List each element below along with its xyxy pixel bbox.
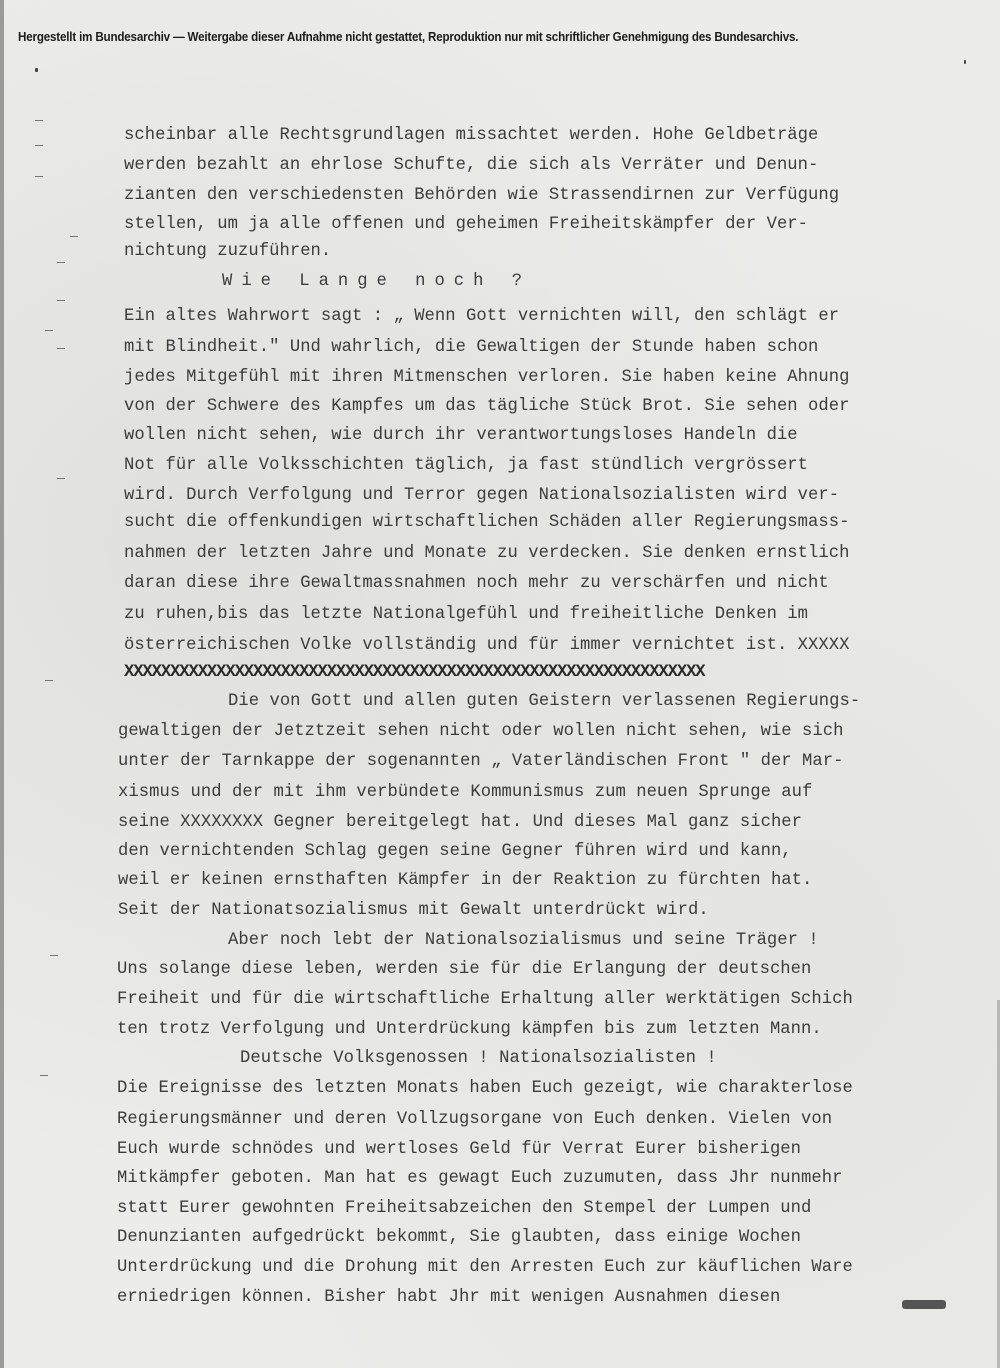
document-page: Hergestellt im Bundesarchiv — Weitergabe… — [0, 0, 1000, 1368]
margin-mark — [45, 330, 53, 331]
margin-mark — [57, 478, 65, 479]
margin-mark — [35, 176, 43, 177]
body-line: zianten den verschiedensten Behörden wie… — [124, 186, 839, 205]
margin-mark — [40, 1075, 48, 1076]
body-line: sucht die offenkundigen wirtschaftlichen… — [124, 513, 850, 532]
body-line: Die Ereignisse des letzten Monats haben … — [117, 1079, 853, 1098]
margin-mark — [57, 300, 65, 301]
body-line: Uns solange diese leben, werden sie für … — [117, 960, 811, 979]
body-line: daran diese ihre Gewaltmassnahmen noch m… — [124, 574, 829, 593]
margin-mark — [57, 262, 65, 263]
body-line: werden bezahlt an ehrlose Schufte, die s… — [124, 156, 818, 175]
body-line: Unterdrückung und die Drohung mit den Ar… — [117, 1258, 853, 1277]
body-line: ten trotz Verfolgung und Unterdrückung k… — [117, 1020, 822, 1039]
body-line: Regierungsmänner und deren Vollzugsorgan… — [117, 1110, 832, 1129]
body-line: seine XXXXXXXX Gegner bereitgelegt hat. … — [118, 813, 802, 832]
archive-notice: Hergestellt im Bundesarchiv — Weitergabe… — [18, 30, 798, 44]
body-line: erniedrigen können. Bisher habt Jhr mit … — [117, 1288, 780, 1307]
ink-speck — [35, 68, 38, 72]
body-line: scheinbar alle Rechtsgrundlagen missacht… — [124, 126, 818, 145]
body-line: xismus und der mit ihm verbündete Kommun… — [118, 783, 812, 802]
scan-left-edge — [0, 0, 4, 1368]
body-line: weil er keinen ernsthaften Kämpfer in de… — [118, 871, 812, 890]
body-line: Euch wurde schnödes und wertloses Geld f… — [117, 1140, 801, 1159]
body-line: Ein altes Wahrwort sagt : „ Wenn Gott ve… — [124, 307, 839, 326]
body-line: österreichischen Volke vollständig und f… — [124, 636, 850, 655]
body-line: gewaltigen der Jetztzeit sehen nicht ode… — [118, 722, 844, 741]
body-line: stellen, um ja alle offenen und geheimen… — [124, 215, 808, 234]
body-line: Aber noch lebt der Nationalsozialismus u… — [228, 931, 819, 950]
body-line: den vernichtenden Schlag gegen seine Geg… — [118, 842, 792, 861]
section-heading: Wie Lange noch ? — [222, 272, 531, 291]
margin-mark — [50, 955, 58, 956]
body-line: Freiheit und für die wirtschaftliche Erh… — [117, 990, 853, 1009]
body-line: von der Schwere des Kampfes um das tägli… — [124, 397, 850, 416]
body-line: wollen nicht sehen, wie durch ihr verant… — [124, 426, 798, 445]
struck-out-line: XXXXXXXXXXXXXXXXXXXXXXXXXXXXXXXXXXXXXXXX… — [124, 663, 705, 682]
body-line: jedes Mitgefühl mit ihren Mitmenschen ve… — [124, 368, 850, 387]
margin-mark — [70, 236, 78, 237]
ink-speck — [964, 60, 966, 64]
margin-mark — [57, 348, 65, 349]
ink-smudge — [902, 1300, 946, 1309]
body-line: nahmen der letzten Jahre und Monate zu v… — [124, 544, 850, 563]
body-line: Not für alle Volksschichten täglich, ja … — [124, 456, 808, 475]
body-line: Denunzianten aufgedrückt bekommt, Sie gl… — [117, 1228, 801, 1247]
body-line: Seit der Nationatsozialismus mit Gewalt … — [118, 901, 709, 920]
body-line: mit Blindheit." Und wahrlich, die Gewalt… — [124, 338, 818, 357]
margin-mark — [35, 120, 43, 121]
body-line: Mitkämpfer geboten. Man hat es gewagt Eu… — [117, 1169, 843, 1188]
body-line: unter der Tarnkappe der sogenannten „ Va… — [118, 752, 844, 771]
body-line: wird. Durch Verfolgung und Terror gegen … — [124, 486, 839, 505]
margin-mark — [35, 145, 43, 146]
body-line: zu ruhen,bis das letzte Nationalgefühl u… — [124, 605, 808, 624]
body-line: Deutsche Volksgenossen ! Nationalsoziali… — [240, 1049, 717, 1068]
body-line: statt Eurer gewohnten Freiheitsabzeichen… — [117, 1199, 811, 1218]
body-line: Die von Gott und allen guten Geistern ve… — [228, 692, 860, 711]
body-line: nichtung zuzuführen. — [124, 242, 331, 261]
margin-mark — [45, 680, 53, 681]
